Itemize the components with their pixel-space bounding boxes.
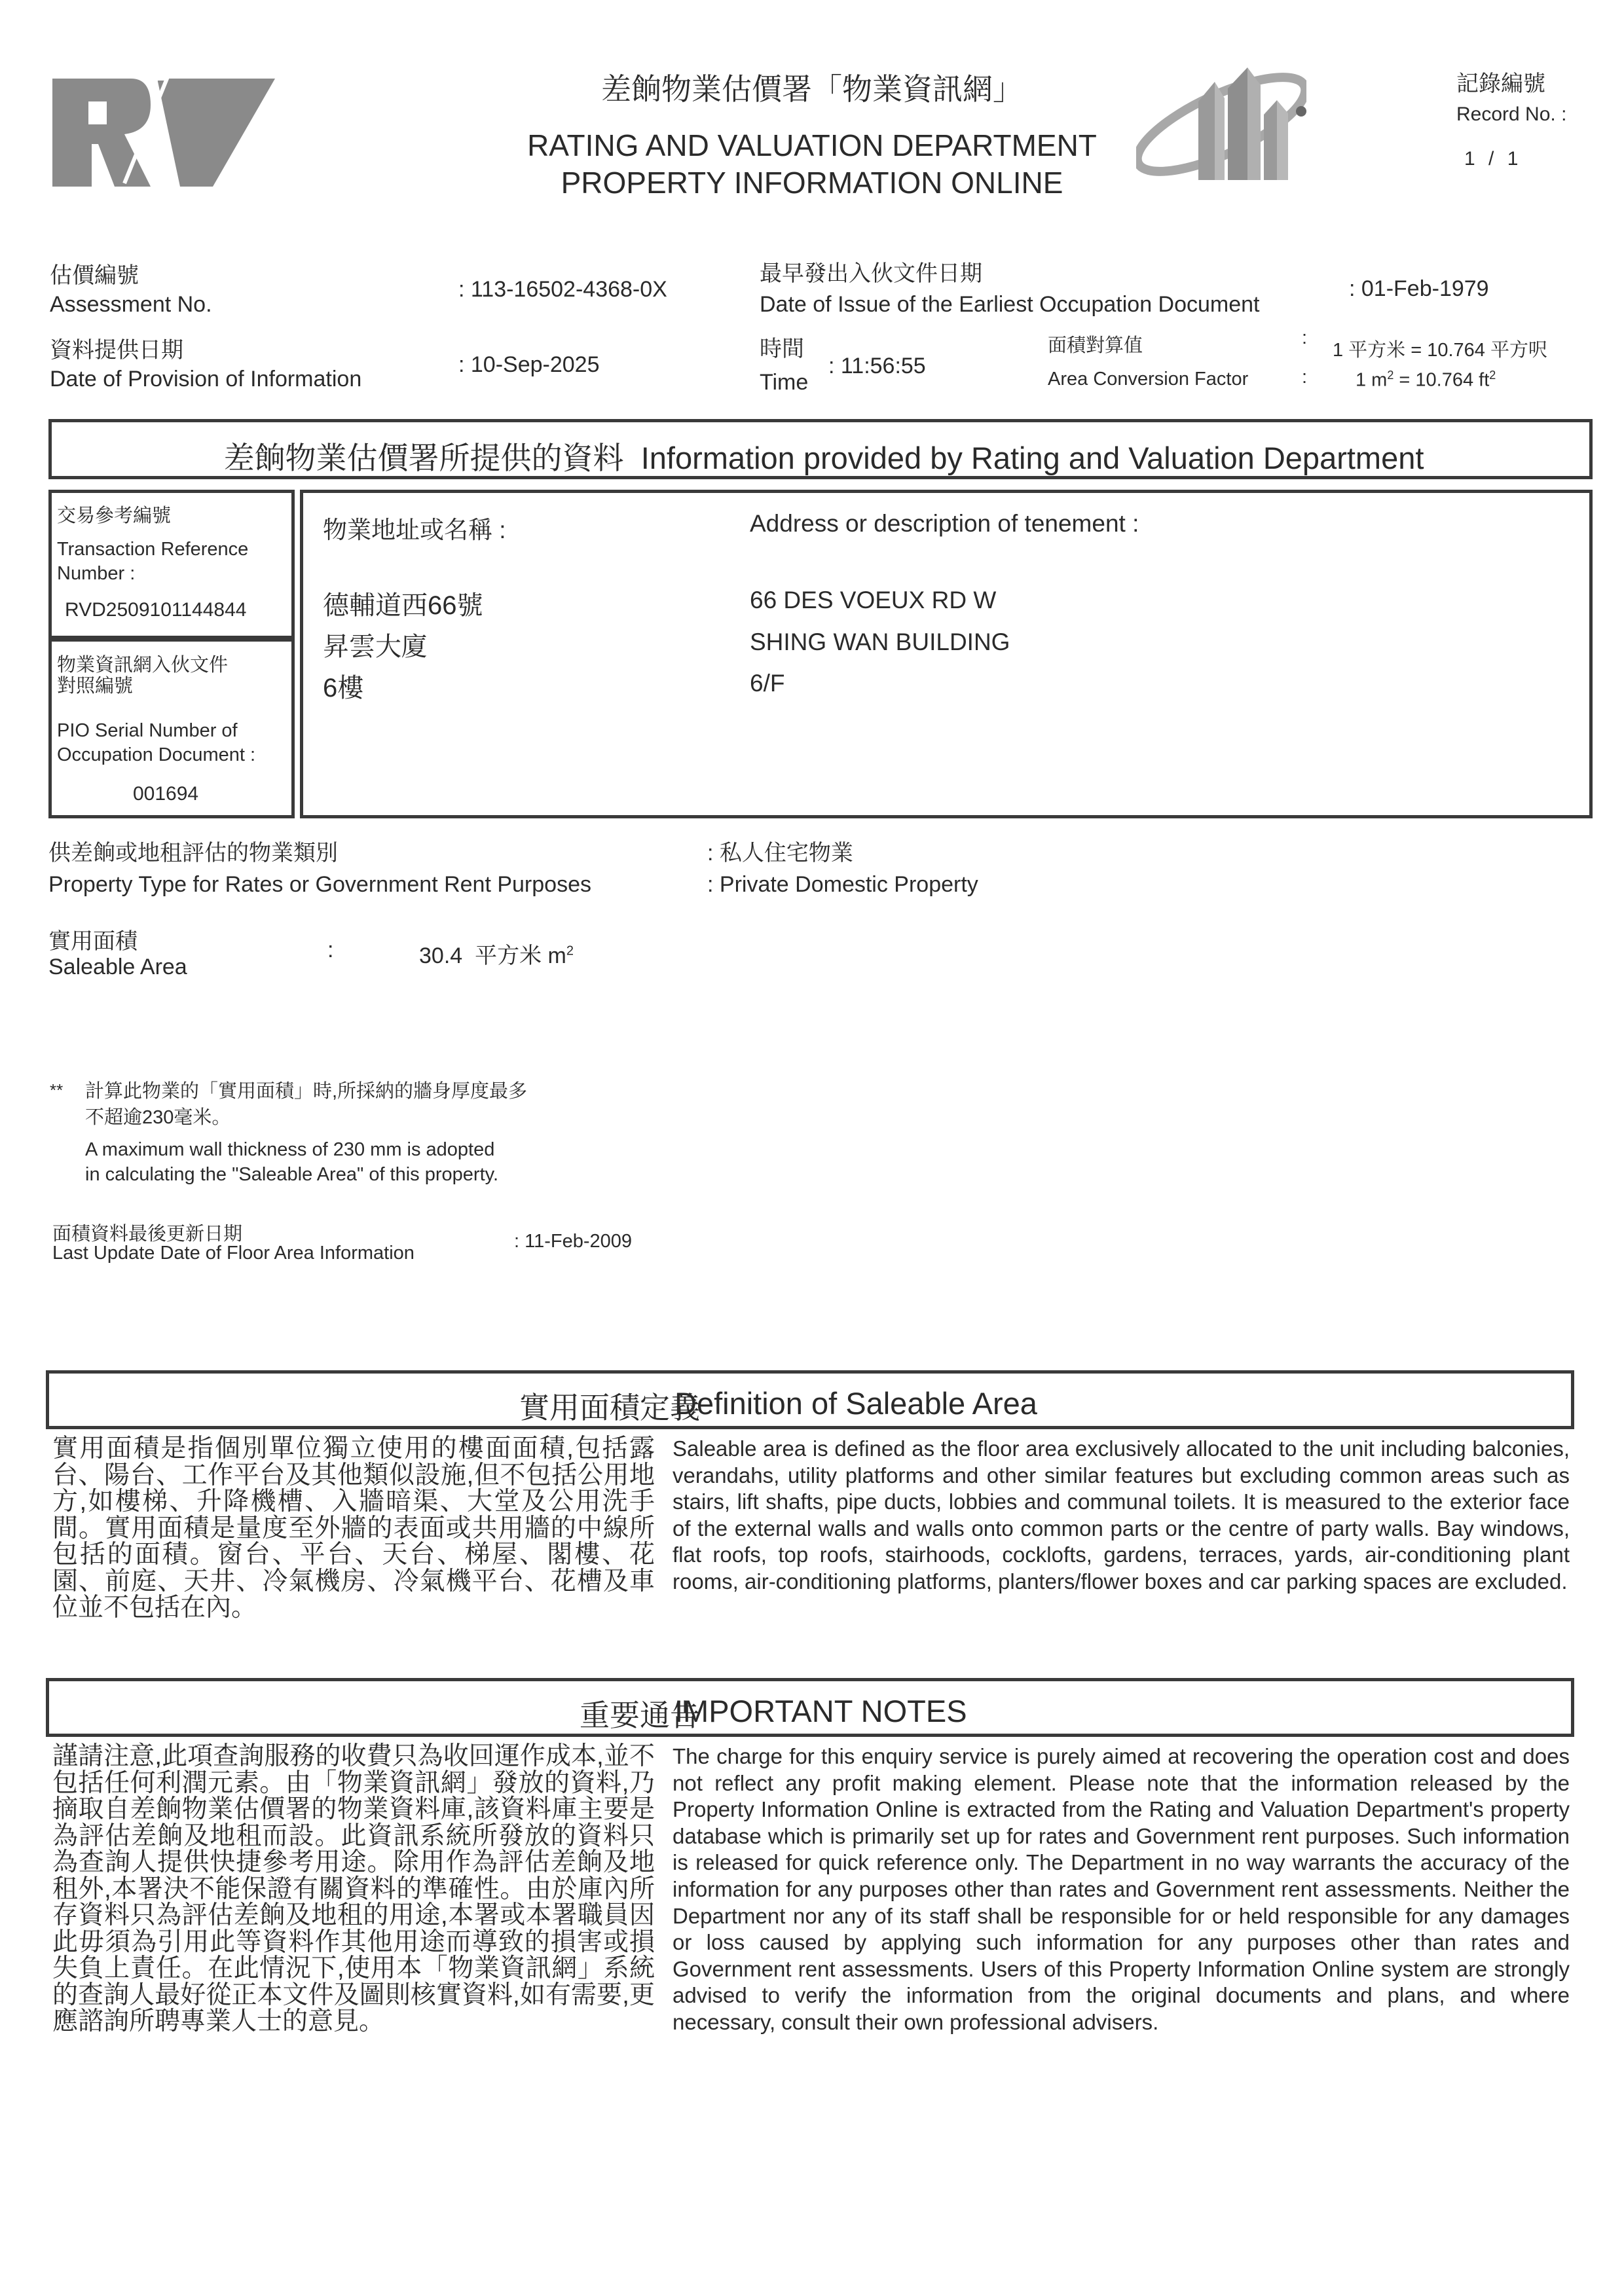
notes-title-en: IMPORTANT NOTES — [674, 1693, 967, 1729]
address-label-zh: 物業地址或名稱 : — [323, 510, 506, 545]
pio-label-en-line2: Occupation Document : — [57, 744, 255, 766]
last-update-label-zh: 面積資料最後更新日期 — [52, 1219, 242, 1246]
info-section-banner: 差餉物業估價署所提供的資料 Information provided by Ra… — [48, 419, 1593, 479]
notes-body-en: The charge for this enquiry service is p… — [673, 1743, 1570, 2036]
pio-label-zh-line2: 對照編號 — [57, 671, 133, 698]
conversion-value-en: 1 m2 = 10.764 ft2 — [1356, 369, 1496, 392]
definition-title-en: Definition of Saleable Area — [674, 1385, 1037, 1421]
title-zh: 差餉物業估價署「物業資訊網」 — [0, 65, 1624, 109]
address-en-line1: 66 DES VOEUX RD W — [750, 587, 996, 614]
assessment-label-zh: 估價編號 — [50, 257, 139, 289]
definition-title-zh: 實用面積定義 — [519, 1384, 700, 1427]
time-value: : 11:56:55 — [828, 354, 926, 379]
provision-label-zh: 資料提供日期 — [50, 332, 183, 364]
occupation-value: : 01-Feb-1979 — [1349, 276, 1489, 302]
address-zh-line1: 德輔道西66號 — [323, 585, 483, 622]
record-value: 1 / 1 — [1464, 148, 1522, 170]
wall-note-marker: ** — [50, 1080, 63, 1101]
last-update-label-en: Last Update Date of Floor Area Informati… — [52, 1243, 415, 1264]
address-zh-line2: 昇雲大廈 — [323, 626, 428, 663]
assessment-label-en: Assessment No. — [50, 292, 212, 318]
wall-note-en-line1: A maximum wall thickness of 230 mm is ad… — [85, 1139, 494, 1161]
conversion-label-en: Area Conversion Factor — [1048, 369, 1248, 390]
definition-banner: 實用面積定義 Definition of Saleable Area — [46, 1370, 1574, 1429]
pio-buildings-logo — [1136, 62, 1306, 180]
transaction-label-zh: 交易參考編號 — [57, 501, 171, 528]
assessment-value: : 113-16502-4368-0X — [458, 277, 667, 302]
saleable-area-value: 30.4 平方米 m2 — [419, 938, 574, 970]
record-label-en: Record No. : — [1456, 103, 1566, 126]
definition-body-en: Saleable area is defined as the floor ar… — [673, 1436, 1570, 1595]
property-type-label-zh: 供差餉或地租評估的物業類別 — [48, 835, 338, 867]
property-type-value-en: : Private Domestic Property — [707, 872, 978, 898]
pio-value: 001694 — [133, 783, 198, 805]
property-type-value-zh: : 私人住宅物業 — [707, 835, 853, 867]
wall-note-zh-line1: 計算此物業的「實用面積」時,所採納的牆身厚度最多 — [85, 1076, 527, 1103]
provision-label-en: Date of Provision of Information — [50, 367, 361, 392]
notes-banner: 重要通告 IMPORTANT NOTES — [46, 1678, 1574, 1737]
address-label-en: Address or description of tenement : — [750, 510, 1139, 538]
occupation-label-en: Date of Issue of the Earliest Occupation… — [760, 292, 1260, 318]
notes-body-zh: 謹請注意,此項查詢服務的收費只為收回運作成本,並不包括任何利潤元素。由「物業資訊… — [52, 1743, 655, 2035]
address-zh-line3: 6樓 — [323, 667, 363, 704]
last-update-value: : 11-Feb-2009 — [514, 1231, 632, 1252]
address-box: 物業地址或名稱 : Address or description of tene… — [300, 490, 1593, 818]
transaction-label-en-line2: Number : — [57, 563, 135, 585]
saleable-area-label-en: Saleable Area — [48, 955, 187, 980]
conversion-label-zh: 面積對算值 — [1048, 331, 1143, 357]
provision-value: : 10-Sep-2025 — [458, 352, 600, 378]
saleable-area-colon: : — [327, 938, 333, 963]
pio-serial-box: 物業資訊網入伙文件 對照編號 PIO Serial Number of Occu… — [48, 638, 295, 818]
occupation-label-zh: 最早發出入伙文件日期 — [760, 255, 982, 287]
record-label-zh: 記錄編號 — [1456, 65, 1545, 98]
pio-label-en-line1: PIO Serial Number of — [57, 720, 238, 742]
wall-note-zh-line2: 不超逾230毫米。 — [85, 1102, 231, 1129]
transaction-label-en-line1: Transaction Reference — [57, 539, 248, 560]
address-en-line3: 6/F — [750, 670, 784, 697]
saleable-area-label-zh: 實用面積 — [48, 923, 138, 955]
time-label-zh: 時間 — [760, 331, 804, 363]
definition-body-zh: 實用面積是指個別單位獨立使用的樓面面積,包括露台、陽台、工作平台及其他類似設施,… — [52, 1436, 655, 1622]
conversion-colon-en: : — [1302, 367, 1307, 388]
title-en-line2: PROPERTY INFORMATION ONLINE — [0, 165, 1624, 200]
conversion-colon-zh: : — [1302, 327, 1307, 349]
transaction-value: RVD2509101144844 — [65, 599, 246, 621]
info-section-title: 差餉物業估價署所提供的資料 Information provided by Ra… — [52, 434, 1596, 478]
title-en-line1: RATING AND VALUATION DEPARTMENT — [0, 128, 1624, 163]
conversion-value-zh: 1 平方米 = 10.764 平方呎 — [1333, 335, 1547, 362]
transaction-reference-box: 交易參考編號 Transaction Reference Number : RV… — [48, 490, 295, 639]
wall-note-en-line2: in calculating the "Saleable Area" of th… — [85, 1164, 498, 1186]
time-label-en: Time — [760, 370, 808, 395]
property-type-label-en: Property Type for Rates or Government Re… — [48, 872, 591, 898]
address-en-line2: SHING WAN BUILDING — [750, 629, 1010, 656]
